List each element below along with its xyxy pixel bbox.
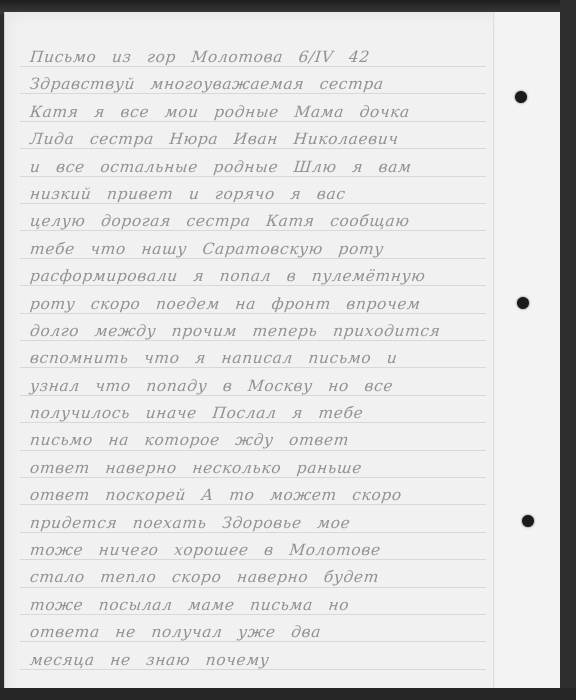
- scanner-border-right: [560, 0, 576, 700]
- letter-line: придется поехать Здоровье мое: [29, 510, 492, 537]
- letter-line: стало тепло скоро наверно будет: [29, 564, 492, 591]
- letter-line: вспомнить что я написал письмо и: [29, 345, 492, 372]
- letter-header-line: Письмо из гор Молотова 6/IV 42: [29, 44, 492, 71]
- letter-line: ответа не получал уже два: [29, 619, 492, 646]
- letter-line: тебе что нашу Саратовскую роту: [29, 236, 492, 263]
- letter-line: тоже посылал маме письма но: [29, 592, 492, 619]
- letter-line: узнал что попаду в Москву но все: [29, 373, 492, 400]
- letter-line: Лида сестра Нюра Иван Николаевич: [29, 126, 492, 153]
- punch-hole-icon: [517, 297, 529, 309]
- page-margin-strip: [495, 12, 561, 698]
- letter-line: роту скоро поедем на фронт впрочем: [29, 291, 492, 318]
- letter-line: и все остальные родные Шлю я вам: [29, 154, 492, 181]
- letter-line: получилось иначе Послал я тебе: [29, 400, 492, 427]
- letter-line: тоже ничего хорошее в Молотове: [29, 537, 492, 564]
- letter-line: долго между прочим теперь приходится: [29, 318, 492, 345]
- punch-hole-icon: [515, 91, 527, 103]
- letter-line: целую дорогая сестра Катя сообщаю: [29, 208, 492, 235]
- scanner-border-bottom: [0, 688, 576, 700]
- punch-hole-icon: [522, 515, 534, 527]
- letter-line: ответ наверно несколько раньше: [29, 455, 492, 482]
- letter-line: низкий привет и горячо я вас: [29, 181, 492, 208]
- letter-line: письмо на которое жду ответ: [29, 427, 492, 454]
- letter-line: месяца не знаю почему: [29, 647, 492, 674]
- letter-line: Здравствуй многоуважаемая сестра: [29, 71, 492, 98]
- letter-line: ответ поскорей А то может скоро: [29, 482, 492, 509]
- letter-line: Катя я все мои родные Мама дочка: [29, 99, 492, 126]
- letter-line: расформировали я попал в пулемётную: [29, 263, 492, 290]
- handwritten-text-body: Письмо из гор Молотова 6/IV 42 Здравству…: [30, 44, 490, 674]
- page-fold-line: [493, 12, 495, 698]
